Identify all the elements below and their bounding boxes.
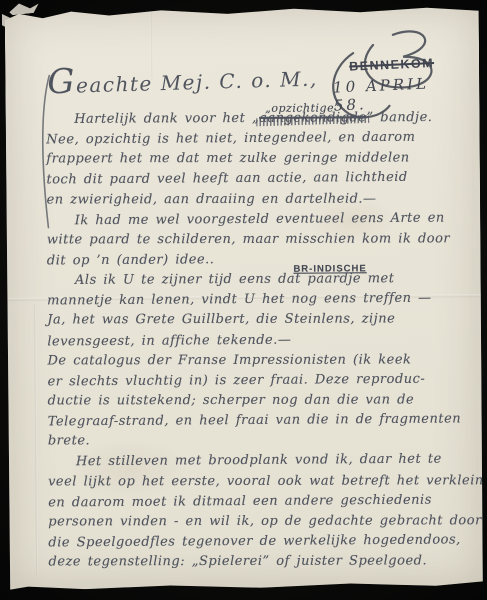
handwritten-line: Het stilleven met broodplank vond ik, da… (48, 450, 477, 473)
handwritten-line: ductie is uitstekend; scherper nog dan d… (48, 390, 477, 411)
opening-post: ” bandje. (366, 110, 432, 125)
scanned-letter-photo: BENNEKOM 10 APRIL 58. Geachte Mej. C. o.… (0, 0, 487, 600)
handwritten-line: toch dit paard veel heeft aan actie, aan… (46, 168, 475, 191)
salutation: Geachte Mej. C. o. M., (47, 55, 318, 103)
handwritten-line: dit op ’n (ander) idee.. (47, 248, 476, 271)
handwritten-line: er slechts vluchtig in) is zeer fraai. D… (47, 369, 476, 392)
handwritten-line: frappeert het me dat met zulke geringe m… (46, 149, 475, 170)
handwritten-line: die Speelgoedfles tegenover de werkelijk… (48, 530, 477, 553)
handwritten-line: Nee, opzichtig is het niet, integendeel,… (46, 127, 475, 150)
opening-pre: Hartelijk dank voor het „ (74, 111, 259, 127)
handwritten-line: witte paard te schilderen, maar misschie… (47, 229, 476, 250)
torn-paper-fragment (9, 1, 40, 15)
letter-paper: BENNEKOM 10 APRIL 58. Geachte Mej. C. o.… (5, 6, 484, 591)
insertion-br-indische: BR-INDISCHE (293, 259, 366, 280)
paragraph-lines-b: mannetje kan lenen, vindt U het nog eens… (47, 289, 477, 573)
handwritten-line: Telegraaf-strand, en heel fraai van die … (48, 409, 477, 432)
handwritten-line: Ja, het was Grete Guillbert, die Steinle… (47, 310, 476, 331)
handwritten-line: brete. (48, 431, 477, 452)
handwritten-line: mannetje kan lenen, vindt U het nog eens… (47, 289, 476, 312)
handwritten-line: levensgeest, in affiche tekende.— (47, 329, 476, 352)
paragraph-lines-a: Nee, opzichtig is het niet, integendeel,… (46, 128, 476, 271)
handwritten-line: en zwierigheid, aan draaiing en dartelhe… (47, 189, 476, 210)
letter-body: Hartelijk dank voor het „aangekondigde„o… (46, 108, 477, 573)
struck-word: aangekondigde„opzichtige” (259, 110, 366, 126)
handwritten-letter: BENNEKOM 10 APRIL 58. Geachte Mej. C. o.… (5, 6, 484, 591)
insertion-opzichtige: „opzichtige” (265, 98, 340, 119)
handwritten-line: De catalogus der Franse Impressionisten … (47, 350, 476, 371)
handwritten-line: personen vinden - en wil ik, op de gedac… (48, 511, 477, 532)
handwritten-line: Ik had me wel voorgesteld eventueel eens… (47, 208, 476, 231)
handwritten-line: deze tegenstelling: „Spielerei” of juist… (48, 551, 477, 572)
annotated-word: paardjeBR-INDISCHE (307, 271, 361, 286)
handwritten-line: veel lijkt op het eerste, vooral ook wat… (48, 471, 477, 492)
handwritten-line: en daarom moet ik ditmaal een andere ges… (48, 490, 477, 513)
